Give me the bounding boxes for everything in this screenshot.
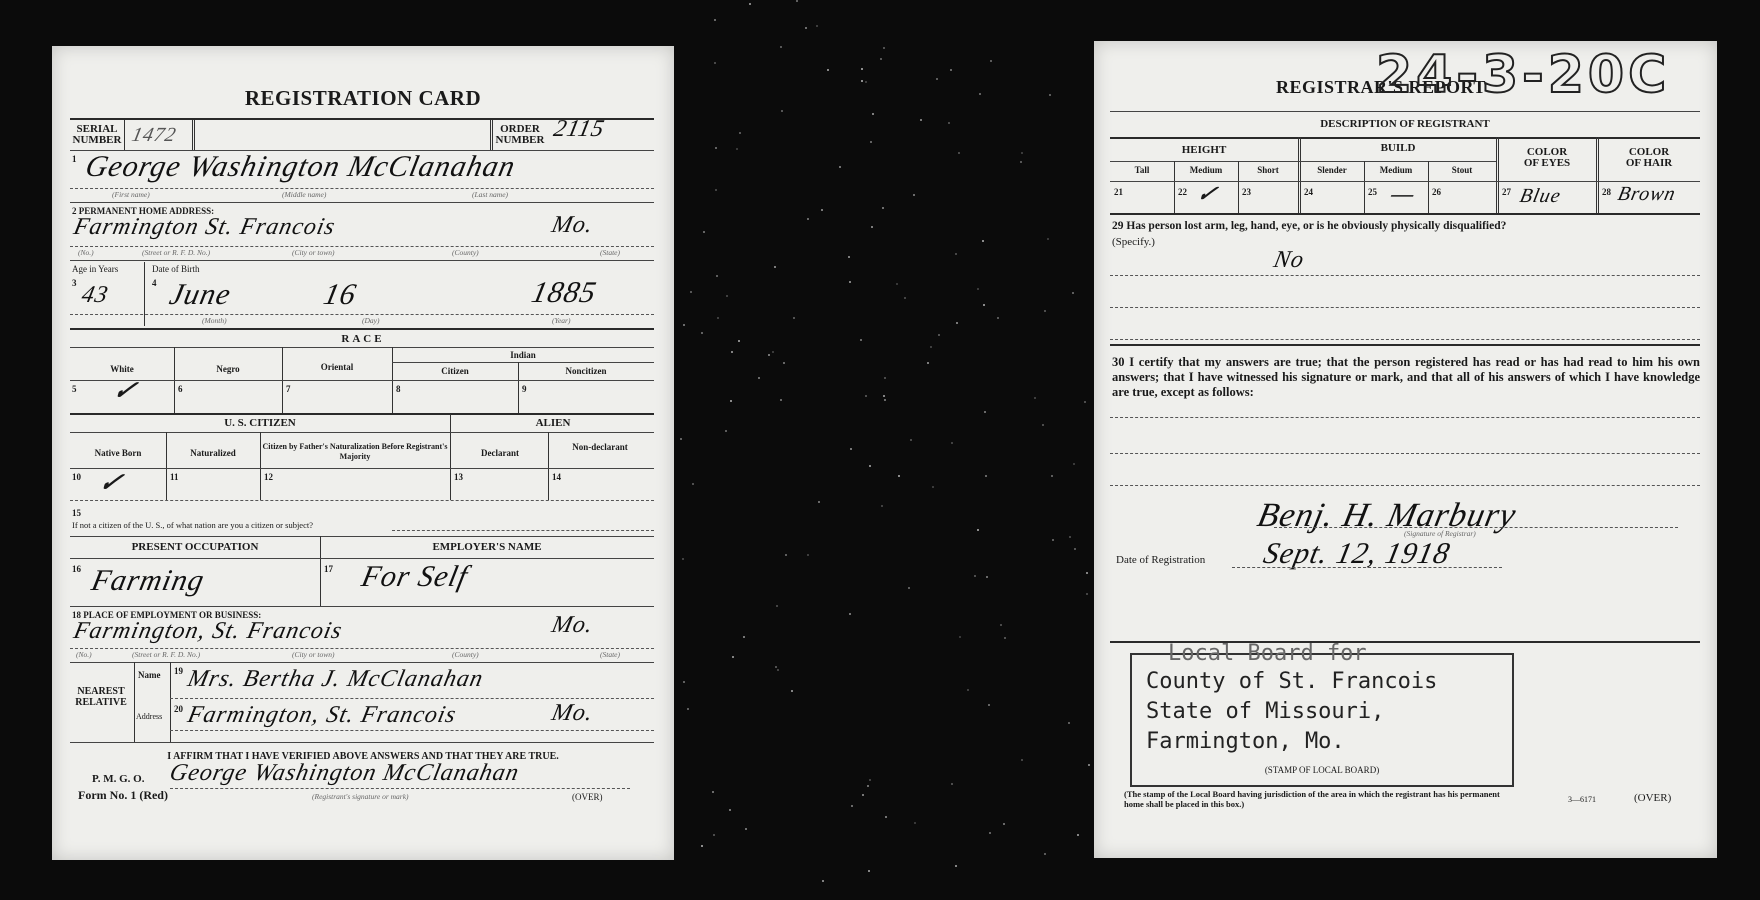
- build-slender-header: Slender: [1300, 165, 1364, 175]
- divider: [1110, 213, 1700, 215]
- stamped-number: 24-3-20C: [1376, 45, 1670, 105]
- field-number: 27: [1502, 187, 1511, 197]
- film-speck: [822, 880, 824, 882]
- divider: [1110, 344, 1700, 346]
- film-speck: [805, 27, 807, 29]
- field-number: 13: [454, 472, 463, 482]
- divider: [70, 413, 654, 415]
- field-number: 10: [72, 472, 81, 482]
- divider: [70, 432, 654, 433]
- film-speck: [1020, 161, 1022, 163]
- film-speck: [1088, 764, 1090, 766]
- divider: [70, 328, 654, 330]
- registration-date-label: Date of Registration: [1116, 555, 1205, 565]
- film-speck: [977, 529, 979, 531]
- stamp-line: State of Missouri,: [1146, 699, 1384, 724]
- field-number: 9: [522, 384, 527, 394]
- film-speck: [730, 400, 732, 402]
- registration-date-value: Sept. 12, 1918: [1260, 537, 1453, 571]
- divider: [70, 260, 654, 261]
- film-speck: [781, 110, 783, 112]
- film-speck: [768, 354, 770, 356]
- registrar-report-card: REGISTRAR'S REPORT 24-3-20C DESCRIPTION …: [1094, 41, 1717, 858]
- hair-header-line2: OF HAIR: [1598, 158, 1700, 169]
- build-medium-mark: —: [1387, 181, 1418, 207]
- film-speck: [736, 148, 738, 150]
- film-speck: [885, 816, 887, 818]
- film-speck: [951, 783, 953, 785]
- film-speck: [974, 575, 976, 577]
- film-speck: [849, 281, 851, 283]
- relative-address-state-value: Mo.: [549, 700, 596, 727]
- hair-color-value: Brown: [1616, 183, 1678, 206]
- field-number: 16: [72, 564, 81, 574]
- film-speck: [914, 822, 916, 824]
- place-sublabel: (County): [452, 650, 479, 659]
- film-speck: [896, 283, 898, 285]
- film-speck: [979, 93, 981, 95]
- stamp-line: Local Board for: [1168, 641, 1367, 666]
- serial-number-value: 1472: [130, 124, 179, 147]
- eyes-header: COLOR OF EYES: [1498, 147, 1596, 169]
- film-speck: [714, 62, 716, 64]
- film-speck: [777, 669, 779, 671]
- film-speck: [785, 554, 787, 556]
- film-speck: [955, 865, 957, 867]
- film-speck: [692, 483, 694, 485]
- film-speck: [883, 47, 885, 49]
- film-speck: [717, 317, 719, 319]
- film-speck: [990, 60, 992, 62]
- film-speck: [690, 291, 692, 293]
- film-speck: [884, 377, 886, 379]
- film-speck: [967, 689, 969, 691]
- home-address-state-value: Mo.: [549, 212, 596, 239]
- film-speck: [1074, 548, 1076, 550]
- divider: [490, 120, 493, 150]
- film-speck: [739, 132, 741, 134]
- film-speck: [821, 209, 823, 211]
- film-speck: [731, 351, 733, 353]
- film-speck: [816, 25, 818, 27]
- film-speck: [1021, 759, 1023, 761]
- registrant-name-value: George Washington McClanahan: [82, 150, 518, 184]
- divider: [1110, 111, 1700, 112]
- divider: [260, 432, 261, 500]
- divider: [170, 788, 630, 789]
- height-tall-header: Tall: [1110, 165, 1174, 175]
- film-speck: [683, 324, 685, 326]
- film-speck: [732, 656, 734, 658]
- divider: [70, 606, 654, 607]
- film-speck: [1000, 624, 1002, 626]
- race-indian-citizen-header: Citizen: [392, 366, 518, 376]
- hair-header: COLOR OF HAIR: [1598, 147, 1700, 169]
- address-sublabel: (County): [452, 248, 479, 257]
- place-of-employment-value: Farmington, St. Francois: [71, 618, 345, 645]
- film-speck: [1021, 152, 1023, 154]
- film-speck: [772, 351, 774, 353]
- declarant-header: Declarant: [452, 448, 548, 458]
- film-speck: [862, 794, 864, 796]
- film-speck: [977, 288, 979, 290]
- film-speck: [910, 439, 912, 441]
- film-speck: [683, 681, 685, 683]
- field-number: 1: [72, 154, 77, 164]
- dob-day-value: 16: [320, 278, 359, 312]
- form-number-label: Form No. 1 (Red): [78, 790, 168, 800]
- film-speck: [780, 46, 782, 48]
- home-address-value: Farmington St. Francois: [71, 214, 338, 241]
- film-speck: [1004, 637, 1006, 639]
- film-speck: [1047, 238, 1049, 240]
- divider: [1110, 339, 1700, 340]
- divider: [70, 558, 654, 559]
- address-sublabel: (State): [600, 248, 620, 257]
- address-sublabel: (City or town): [292, 248, 335, 257]
- film-speck: [927, 362, 929, 364]
- divider: [1110, 161, 1496, 162]
- signature-sublabel: (Registrant's signature or mark): [312, 792, 409, 801]
- film-speck: [904, 297, 906, 299]
- film-speck: [958, 152, 960, 154]
- race-white-header: White: [70, 364, 174, 374]
- field-number: 5: [72, 384, 77, 394]
- order-number-value: 2115: [551, 116, 607, 143]
- film-speck: [851, 805, 853, 807]
- divider: [392, 530, 654, 531]
- film-speck: [1051, 475, 1053, 477]
- field-number: 24: [1304, 187, 1313, 197]
- divider: [1274, 527, 1678, 528]
- film-speck: [1077, 834, 1079, 836]
- film-speck: [807, 554, 809, 556]
- place-sublabel: (Street or R. F. D. No.): [132, 650, 200, 659]
- film-speck: [729, 809, 731, 811]
- film-speck: [796, 0, 798, 2]
- nearest-relative-label: NEAREST RELATIVE: [70, 686, 132, 708]
- film-speck: [936, 78, 938, 80]
- film-speck: [955, 253, 957, 255]
- native-born-header: Native Born: [70, 448, 166, 458]
- film-speck: [1003, 823, 1005, 825]
- citizen-by-father-header: Citizen by Father's Naturalization Befor…: [262, 442, 448, 462]
- film-speck: [1052, 539, 1054, 541]
- film-speck: [1073, 463, 1075, 465]
- film-speck: [827, 69, 829, 71]
- serial-label: SERIAL NUMBER: [70, 124, 124, 146]
- film-speck: [791, 690, 793, 692]
- divider: [70, 202, 654, 203]
- film-speck: [884, 399, 886, 401]
- race-oriental-header: Oriental: [282, 362, 392, 372]
- film-speck: [783, 362, 785, 364]
- divider: [450, 414, 451, 500]
- pmgo-label: P. M. G. O.: [92, 774, 144, 784]
- divider: [70, 246, 654, 247]
- film-speck: [883, 395, 885, 397]
- divider: [70, 380, 654, 381]
- occupation-label: PRESENT OCCUPATION: [70, 542, 320, 553]
- alien-title: ALIEN: [452, 418, 654, 429]
- film-speck: [1084, 401, 1086, 403]
- field-number: 26: [1432, 187, 1441, 197]
- divider: [70, 648, 654, 649]
- field-number: 11: [170, 472, 179, 482]
- film-speck: [1069, 536, 1071, 538]
- field-number: 12: [264, 472, 273, 482]
- non-declarant-header: Non-declarant: [552, 442, 648, 452]
- field-number: 8: [396, 384, 401, 394]
- film-speck: [872, 113, 874, 115]
- serial-label-line2: NUMBER: [70, 135, 124, 146]
- field-number: 19: [174, 666, 183, 676]
- race-indian-noncitizen-header: Noncitizen: [518, 366, 654, 376]
- order-label-line2: NUMBER: [494, 135, 546, 146]
- divider: [70, 347, 654, 348]
- place-sublabel: (No.): [76, 650, 92, 659]
- q29-answer-value: No: [1271, 247, 1307, 274]
- eyes-header-line2: OF EYES: [1498, 158, 1596, 169]
- dob-sublabel: (Month): [202, 316, 227, 325]
- q29-text: 29 Has person lost arm, leg, hand, eye, …: [1112, 221, 1702, 231]
- film-speck: [848, 256, 850, 258]
- dob-sublabel: (Year): [552, 316, 570, 325]
- divider: [1110, 417, 1700, 418]
- film-speck: [758, 377, 760, 379]
- film-speck: [715, 147, 717, 149]
- film-speck: [989, 832, 991, 834]
- stamp-note: (The stamp of the Local Board having jur…: [1124, 789, 1514, 809]
- film-speck: [982, 240, 984, 242]
- field-number: 23: [1242, 187, 1251, 197]
- film-speck: [869, 779, 871, 781]
- divider: [70, 536, 654, 537]
- field-number: 7: [286, 384, 291, 394]
- film-speck: [743, 636, 745, 638]
- field-number: 28: [1602, 187, 1611, 197]
- field-number: 15: [72, 508, 81, 518]
- divider: [70, 742, 654, 743]
- film-speck: [860, 339, 862, 341]
- q29-specify-label: (Specify.): [1112, 237, 1155, 247]
- film-speck: [951, 442, 953, 444]
- film-speck: [701, 845, 703, 847]
- film-speck: [701, 332, 703, 334]
- film-speck: [861, 80, 863, 82]
- build-medium-header: Medium: [1364, 165, 1428, 175]
- film-speck: [1086, 593, 1088, 595]
- divider: [70, 314, 654, 315]
- film-speck: [908, 587, 910, 589]
- film-speck: [920, 119, 922, 121]
- employer-value: For Self: [358, 560, 471, 594]
- employer-label: EMPLOYER'S NAME: [320, 542, 654, 553]
- film-speck: [867, 785, 869, 787]
- film-speck: [849, 613, 851, 615]
- field-number: 17: [324, 564, 333, 574]
- film-speck: [745, 828, 747, 830]
- build-header: BUILD: [1300, 143, 1496, 154]
- field-number: 22: [1178, 187, 1187, 197]
- divider: [192, 120, 195, 150]
- relative-name-label: Name: [138, 670, 161, 680]
- field-number: 21: [1114, 187, 1123, 197]
- local-board-stamp-box: Local Board for County of St. Francois S…: [1130, 653, 1514, 787]
- place-sublabel: (State): [600, 650, 620, 659]
- film-speck: [959, 636, 961, 638]
- q30-certification-text: 30 I certify that my answers are true; t…: [1112, 355, 1700, 400]
- film-speck: [1042, 424, 1044, 426]
- film-speck: [985, 475, 987, 477]
- film-speck: [865, 81, 867, 83]
- film-speck: [749, 3, 751, 5]
- eye-color-value: Blue: [1518, 185, 1564, 208]
- place-sublabel: (City or town): [292, 650, 335, 659]
- film-speck: [871, 226, 873, 228]
- divider: [1110, 307, 1700, 308]
- film-speck: [930, 346, 932, 348]
- film-speck: [1049, 94, 1051, 96]
- film-speck: [775, 666, 777, 668]
- height-medium-header: Medium: [1174, 165, 1238, 175]
- film-speck: [880, 58, 882, 60]
- address-sublabel: (Street or R. F. D. No.): [142, 248, 210, 257]
- field-number: 14: [552, 472, 561, 482]
- film-speck: [818, 501, 820, 503]
- relative-name-value: Mrs. Bertha J. McClanahan: [185, 666, 486, 693]
- age-label: Age in Years: [72, 264, 118, 274]
- film-speck: [738, 340, 740, 342]
- occupation-value: Farming: [88, 564, 207, 598]
- registrant-signature: George Washington McClanahan: [167, 760, 522, 787]
- age-value: 43: [79, 282, 111, 309]
- field-number: 25: [1368, 187, 1377, 197]
- relative-address-label: Address: [136, 712, 162, 722]
- naturalized-header: Naturalized: [166, 448, 260, 458]
- field-number: 6: [178, 384, 183, 394]
- film-speck: [774, 266, 776, 268]
- divider: [166, 432, 167, 500]
- form-code: 3—6171: [1568, 795, 1596, 805]
- film-speck: [1044, 310, 1046, 312]
- film-speck: [1034, 397, 1036, 399]
- stamp-line: County of St. Francois: [1146, 669, 1437, 694]
- film-speck: [1086, 572, 1088, 574]
- field-number: 3: [72, 278, 77, 288]
- divider: [70, 468, 654, 469]
- nearest-label-line1: NEAREST: [70, 686, 132, 697]
- film-speck: [882, 207, 884, 209]
- film-speck: [869, 465, 871, 467]
- field-number: 4: [152, 278, 157, 288]
- film-speck: [712, 791, 714, 793]
- film-speck: [713, 834, 715, 836]
- film-speck: [948, 122, 950, 124]
- divider: [1110, 453, 1700, 454]
- description-title: DESCRIPTION OF REGISTRANT: [1110, 119, 1700, 130]
- film-speck: [1068, 722, 1070, 724]
- us-citizen-title: U. S. CITIZEN: [70, 418, 450, 429]
- dob-month-value: June: [166, 278, 234, 312]
- divider: [134, 662, 135, 742]
- last-name-sublabel: (Last name): [472, 190, 508, 199]
- divider: [548, 432, 549, 500]
- divider: [70, 188, 654, 189]
- dob-sublabel: (Day): [362, 316, 380, 325]
- film-speck: [956, 322, 958, 324]
- q15-text: If not a citizen of the U. S., of what n…: [72, 520, 313, 530]
- film-speck: [726, 295, 728, 297]
- film-speck: [725, 430, 727, 432]
- divider: [1232, 567, 1502, 568]
- divider: [392, 362, 654, 363]
- film-speck: [687, 708, 689, 710]
- film-speck: [950, 69, 952, 71]
- film-speck: [983, 304, 985, 306]
- nearest-label-line2: RELATIVE: [70, 697, 132, 708]
- over-label: (OVER): [572, 792, 603, 802]
- film-speck: [703, 231, 705, 233]
- film-speck: [881, 505, 883, 507]
- height-header: HEIGHT: [1110, 145, 1298, 156]
- race-indian-header: Indian: [392, 350, 654, 360]
- order-label: ORDER NUMBER: [494, 124, 546, 146]
- dob-label: Date of Birth: [152, 264, 200, 274]
- over-label: (OVER): [1634, 793, 1671, 803]
- film-speck: [780, 399, 782, 401]
- film-speck: [793, 317, 795, 319]
- divider: [70, 500, 654, 501]
- middle-name-sublabel: (Middle name): [282, 190, 326, 199]
- film-speck: [870, 141, 872, 143]
- dob-year-value: 1885: [528, 276, 599, 310]
- film-speck: [988, 704, 990, 706]
- height-medium-check: ✓: [1193, 181, 1221, 207]
- build-stout-header: Stout: [1428, 165, 1496, 175]
- film-speck: [861, 68, 863, 70]
- race-negro-header: Negro: [174, 364, 282, 374]
- film-speck: [868, 870, 870, 872]
- film-speck: [898, 475, 900, 477]
- film-speck: [938, 334, 940, 336]
- film-speck: [850, 448, 852, 450]
- film-speck: [807, 218, 809, 220]
- film-speck: [986, 576, 988, 578]
- film-speck: [913, 194, 915, 196]
- registration-card: REGISTRATION CARD SERIAL NUMBER 1472 ORD…: [52, 46, 674, 860]
- film-speck: [714, 19, 716, 21]
- film-speck: [984, 411, 986, 413]
- divider: [1110, 137, 1700, 139]
- film-speck: [1044, 853, 1046, 855]
- film-speck: [776, 605, 778, 607]
- relative-address-value: Farmington, St. Francois: [185, 702, 459, 729]
- divider: [124, 120, 125, 150]
- address-sublabel: (No.): [78, 248, 94, 257]
- divider: [170, 730, 654, 731]
- card-title: REGISTRATION CARD: [52, 86, 674, 111]
- native-born-check: ✓: [95, 468, 128, 498]
- film-speck: [680, 438, 682, 440]
- field-number: 20: [174, 704, 183, 714]
- film-speck: [716, 275, 718, 277]
- film-speck: [715, 189, 717, 191]
- film-speck: [997, 317, 999, 319]
- divider: [1110, 485, 1700, 486]
- film-speck: [932, 486, 934, 488]
- film-speck: [1072, 292, 1074, 294]
